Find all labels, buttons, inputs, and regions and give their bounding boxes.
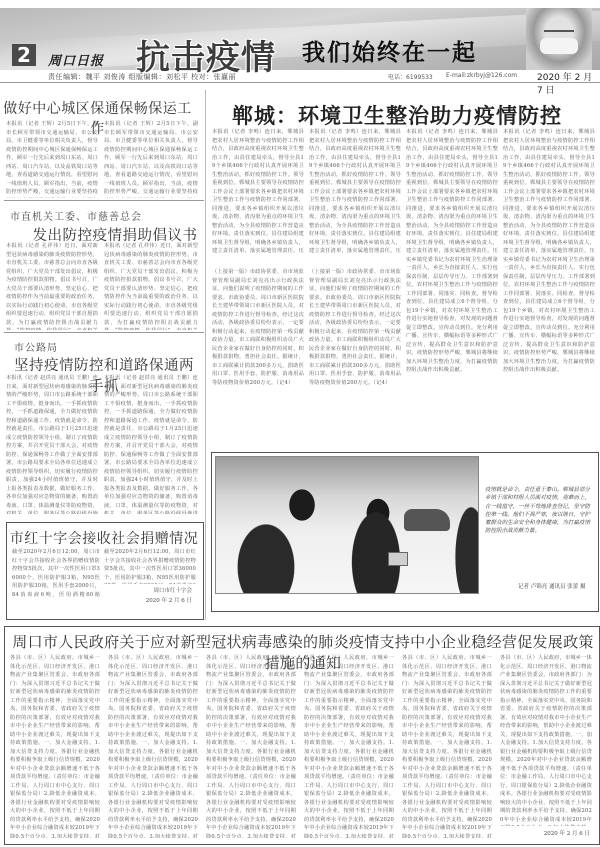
notice-body-col2: 各县（市、区）人民政府，市城乡一体化示范区、周口经济开发区、港口物流产业集聚区管… <box>108 654 198 838</box>
editor-credits: 责任编辑：魏平 刘俊涛 组版编辑：刘松平 校对：张赢丽 <box>48 72 236 82</box>
notice-sign-date: 2020 年 2 月 6 日 <box>500 829 590 837</box>
article-body-col2: 本报讯（记者 王辉）2月5日下午，副市长顾军带领市交通运输局、市公安局、市卫健委… <box>104 120 198 198</box>
masked-nurse-portrait <box>526 8 592 70</box>
notice-body-col6: 各县（市、区）人民政府，市城乡一体化示范区、周口经济开发区、港口物流产业集聚区管… <box>500 654 592 826</box>
photo-car <box>404 509 450 531</box>
notice-body-col1: 各县（市、区）人民政府，市城乡一体化示范区、周口经济开发区、港口物流产业集聚区管… <box>10 654 100 838</box>
article-body-col4: 本报讯（记者 李鸣）连日来，郸城县把农村人居环境整治与疫情防控工作相结合，县政府… <box>503 128 595 444</box>
article-body: 本报讯（记者 李鸣）连日来，郸城县把农村人居环境整治与疫情防控工作相结合，县政府… <box>212 128 304 256</box>
photo-armband <box>388 552 408 566</box>
article-body-col2: 本报讯（记者 李鸣）连日来，郸城县把农村人居环境整治与疫情防控工作相结合，县政府… <box>309 128 401 256</box>
signature: 周口市红十字会 <box>104 586 192 594</box>
lead-headline: 郸城：环境卫生整治助力疫情防控 <box>232 100 600 130</box>
article-body-col2: 截至2020年2月6日12:00，周口市红十字会共接收社会各界捐赠疫情防控物资5… <box>104 548 196 584</box>
newspaper-logo: 周口日报 <box>48 50 104 69</box>
sign-date: 2020 年 2 月 6 日 <box>104 596 192 604</box>
page-number: 2 <box>12 44 36 66</box>
notice-body-col5: 各县（市、区）人民政府，市城乡一体化示范区、周口经济开发区、港口物流产业集聚区管… <box>402 654 492 838</box>
notice-body-col3: 各县（市、区）人民政府，市城乡一体化示范区、周口经济开发区、港口物流产业集聚区管… <box>206 654 296 838</box>
hotline: 电话：6199533 <box>388 72 433 81</box>
photo-caption: 疫情就是命令，责任重于泰山。郸城县部分乡镇干部和村组人员面对疫情，迎难而上，在一… <box>485 486 590 536</box>
section-slogan: 我们始终在一起 <box>302 34 477 67</box>
email-link[interactable]: E-mail:zkrbyj@126.com <box>446 72 517 79</box>
notice-body-col4: 各县（市、区）人民政府，市城乡一体化示范区、周口经济开发区、港口物流产业集聚区管… <box>304 654 394 838</box>
article-body: 截至2020年2月6日12:00，周口市红十字会共接收社会各界捐赠疫情防控物资5… <box>12 548 100 598</box>
article-body-col2: 本报讯（记者 孔祥伟）近日，面对新型冠状病毒感染的肺炎疫情防控形势，市直机关工委… <box>104 242 198 330</box>
article-body: 本报讯（记者 王辉）2月5日下午，副市长顾军带领市交通运输局、市公安局、市卫健委… <box>6 120 98 198</box>
column-divider <box>205 90 206 620</box>
face-mask-icon <box>540 38 578 54</box>
continued-article-body: （上接第一版）市政协常委、市市场监督管理局副局长刘克亮出示行政执法证，向他们说明… <box>212 268 304 444</box>
article-headline: 市红十字会接收社会捐赠情况 <box>8 528 200 548</box>
article-body-col3: 本报讯（记者 李鸣）连日来，郸城县把农村人居环境整治与疫情防控工作相结合，县政府… <box>406 128 498 444</box>
continued-article-body-col2: （上接第一版）市政协常委、市市场监督管理局副局长刘克亮出示行政执法证，向他们说明… <box>309 268 401 444</box>
news-photo <box>215 456 479 594</box>
article-body: 本报讯（记者 孔祥伟）近日，面对新型冠状病毒感染的肺炎疫情防控形势，市直机关工委… <box>6 242 98 330</box>
photo-credit: 记者 卢锦亮 通讯员 张蕾 摄 <box>518 582 586 590</box>
article-body: 本报讯（记者 赵洪亮 通讯员 王鹏）连日来，面对新型冠状病毒感染的肺炎疫情的严峻… <box>6 374 98 514</box>
divider <box>4 332 204 333</box>
divider <box>4 200 204 201</box>
article-kicker: 市公路局 <box>14 339 58 354</box>
article-kicker: 市直机关工委、市慈善总会 <box>10 208 142 223</box>
article-body-col2: 本报讯（记者 赵洪亮 通讯员 王鹏）连日来，面对新型冠状病毒感染的肺炎疫情的严峻… <box>104 374 198 514</box>
issue-date: 2020 年 2 月 7 日 <box>537 70 600 96</box>
portrait-eyes <box>544 30 574 35</box>
